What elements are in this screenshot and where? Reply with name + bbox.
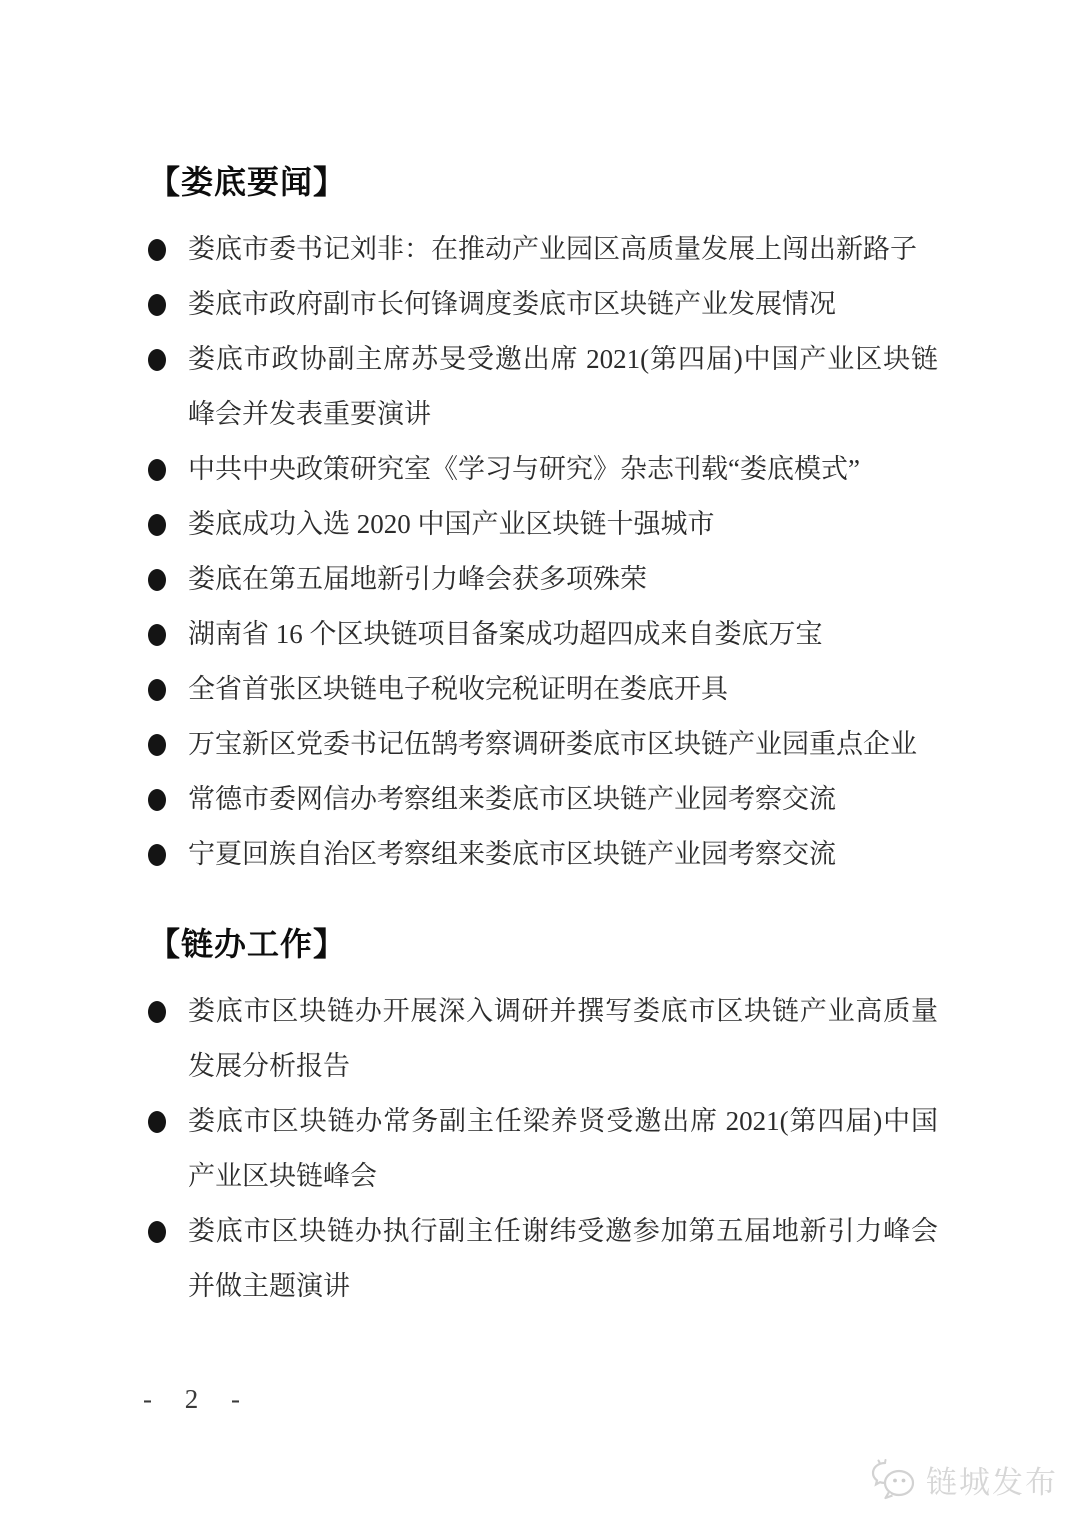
toc-item-line: 万宝新区党委书记伍鹄考察调研娄底市区块链产业园重点企业 [148,717,938,772]
toc-item-line: 娄底市政府副市长何锋调度娄底市区块链产业发展情况 [148,277,938,332]
watermark: 链城发布 [870,1457,1058,1502]
toc-item-text: 中共中央政策研究室《学习与研究》杂志刊载“娄底模式” [188,454,860,484]
toc-item-text: 宁夏回族自治区考察组来娄底市区块链产业园考察交流 [188,839,836,869]
toc-item-continuation-line: 产业区块链峰会 [148,1149,938,1204]
toc-item-text: 娄底市区块链办开展深入调研并撰写娄底市区块链产业高质量 [188,996,938,1026]
bullet-icon [148,1111,166,1133]
bullet-icon [148,459,166,481]
toc-item-text: 万宝新区党委书记伍鹄考察调研娄底市区块链产业园重点企业 [188,729,917,759]
toc-item-continuation-line: 并做主题演讲 [148,1259,938,1314]
toc-item-text: 娄底成功入选 2020 中国产业区块链十强城市 [188,509,715,539]
page-number: - 2 - [143,1384,253,1415]
toc-item-text: 全省首张区块链电子税收完税证明在娄底开具 [188,674,728,704]
document-page: 【娄底要闻】娄底市委书记刘非：在推动产业园区高质量发展上闯出新路子娄底市政府副市… [0,0,1080,1526]
document-section: 【娄底要闻】娄底市委书记刘非：在推动产业园区高质量发展上闯出新路子娄底市政府副市… [148,160,938,882]
toc-item-text: 发展分析报告 [188,1051,350,1081]
section-title: 【娄底要闻】 [148,160,938,204]
bullet-icon [148,349,166,371]
document-content: 【娄底要闻】娄底市委书记刘非：在推动产业园区高质量发展上闯出新路子娄底市政府副市… [148,160,938,1314]
toc-item-line: 娄底市区块链办执行副主任谢纬受邀参加第五届地新引力峰会 [148,1204,938,1259]
bullet-icon [148,514,166,536]
toc-item-text: 娄底市区块链办执行副主任谢纬受邀参加第五届地新引力峰会 [188,1216,938,1246]
watermark-label: 链城发布 [926,1457,1058,1502]
toc-item-line: 娄底成功入选 2020 中国产业区块链十强城市 [148,497,938,552]
bullet-icon [148,789,166,811]
toc-item-text: 并做主题演讲 [188,1271,350,1301]
toc-item-text: 产业区块链峰会 [188,1161,377,1191]
toc-item-line: 娄底市委书记刘非：在推动产业园区高质量发展上闯出新路子 [148,222,938,277]
bullet-icon [148,1221,166,1243]
bullet-icon [148,734,166,756]
toc-item-line: 湖南省 16 个区块链项目备案成功超四成来自娄底万宝 [148,607,938,662]
toc-item-line: 娄底市区块链办开展深入调研并撰写娄底市区块链产业高质量 [148,984,938,1039]
toc-item-line: 中共中央政策研究室《学习与研究》杂志刊载“娄底模式” [148,442,938,497]
document-section: 【链办工作】娄底市区块链办开展深入调研并撰写娄底市区块链产业高质量发展分析报告娄… [148,922,938,1314]
toc-item-line: 全省首张区块链电子税收完税证明在娄底开具 [148,662,938,717]
toc-item-line: 娄底市政协副主席苏旻受邀出席 2021(第四届)中国产业区块链 [148,332,938,387]
toc-item-text: 娄底在第五届地新引力峰会获多项殊荣 [188,564,647,594]
bullet-icon [148,294,166,316]
bullet-icon [148,1001,166,1023]
toc-item-text: 娄底市政协副主席苏旻受邀出席 2021(第四届)中国产业区块链 [188,344,938,374]
bullet-icon [148,624,166,646]
toc-item-text: 娄底市区块链办常务副主任梁养贤受邀出席 2021(第四届)中国 [188,1106,938,1136]
bullet-icon [148,679,166,701]
bullet-icon [148,239,166,261]
bullet-icon [148,844,166,866]
wechat-logo-icon [870,1459,920,1501]
toc-item-text: 娄底市政府副市长何锋调度娄底市区块链产业发展情况 [188,289,836,319]
section-title: 【链办工作】 [148,922,938,966]
toc-item-continuation-line: 峰会并发表重要演讲 [148,387,938,442]
toc-item-line: 娄底在第五届地新引力峰会获多项殊荣 [148,552,938,607]
toc-item-line: 宁夏回族自治区考察组来娄底市区块链产业园考察交流 [148,827,938,882]
toc-item-continuation-line: 发展分析报告 [148,1039,938,1094]
toc-item-text: 峰会并发表重要演讲 [188,399,431,429]
toc-item-line: 娄底市区块链办常务副主任梁养贤受邀出席 2021(第四届)中国 [148,1094,938,1149]
toc-item-text: 湖南省 16 个区块链项目备案成功超四成来自娄底万宝 [188,619,823,649]
toc-item-text: 娄底市委书记刘非：在推动产业园区高质量发展上闯出新路子 [188,234,917,264]
toc-item-line: 常德市委网信办考察组来娄底市区块链产业园考察交流 [148,772,938,827]
toc-item-text: 常德市委网信办考察组来娄底市区块链产业园考察交流 [188,784,836,814]
bullet-icon [148,569,166,591]
